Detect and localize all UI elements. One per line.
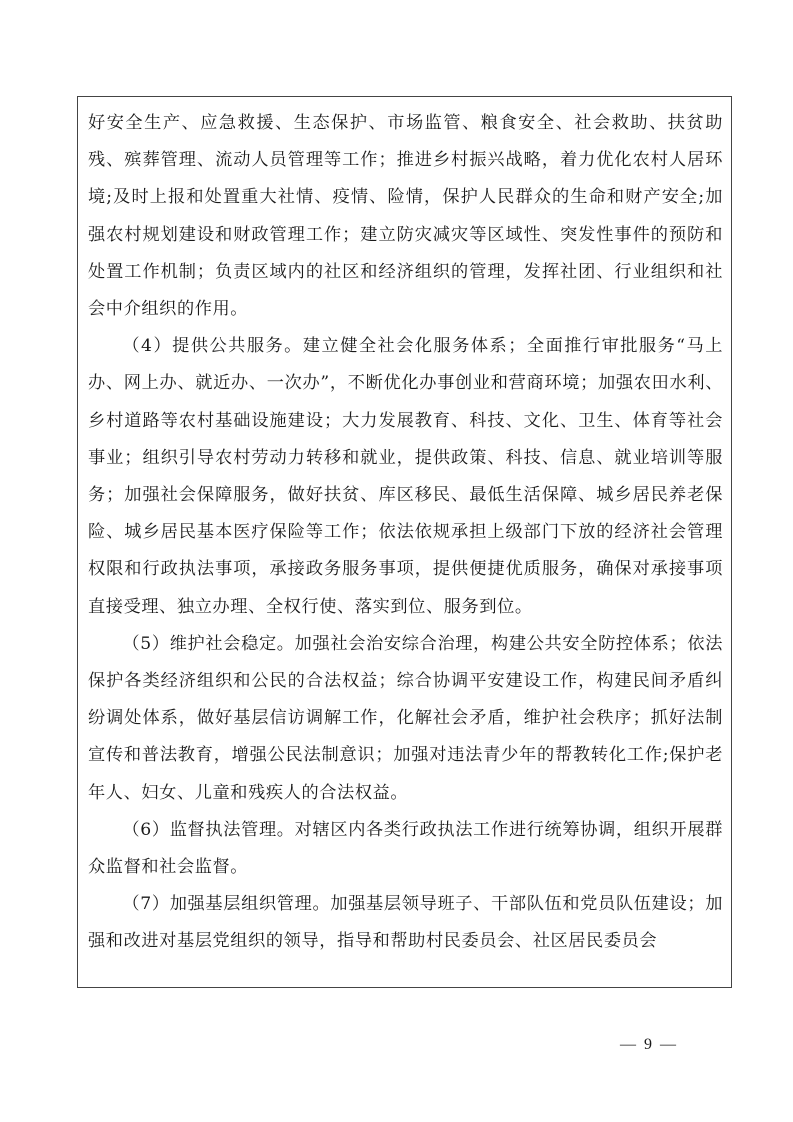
paragraph-4-public-services: （4）提供公共服务。建立健全社会化服务体系；全面推行审批服务“马上办、网上办、就… [88, 328, 723, 626]
paragraph-7-grassroots-organization: （7）加强基层组织管理。加强基层领导班子、干部队伍和党员队伍建设；加强和改进对基… [88, 886, 723, 960]
paragraph-6-law-enforcement: （6）监督执法管理。对辖区内各类行政执法工作进行统筹协调，组织开展群众监督和社会… [88, 812, 723, 886]
body-text: 好安全生产、应急救援、生态保护、市场监管、粮食安全、社会救助、扶贫助残、殡葬管理… [88, 105, 723, 961]
paragraph-continued: 好安全生产、应急救援、生态保护、市场监管、粮食安全、社会救助、扶贫助残、殡葬管理… [88, 105, 723, 328]
text-frame: 好安全生产、应急救援、生态保护、市场监管、粮食安全、社会救助、扶贫助残、殡葬管理… [77, 96, 732, 988]
page-number: — 9 — [620, 1036, 678, 1054]
paragraph-5-social-stability: （5）维护社会稳定。加强社会治安综合治理，构建公共安全防控体系；依法保护各类经济… [88, 626, 723, 812]
